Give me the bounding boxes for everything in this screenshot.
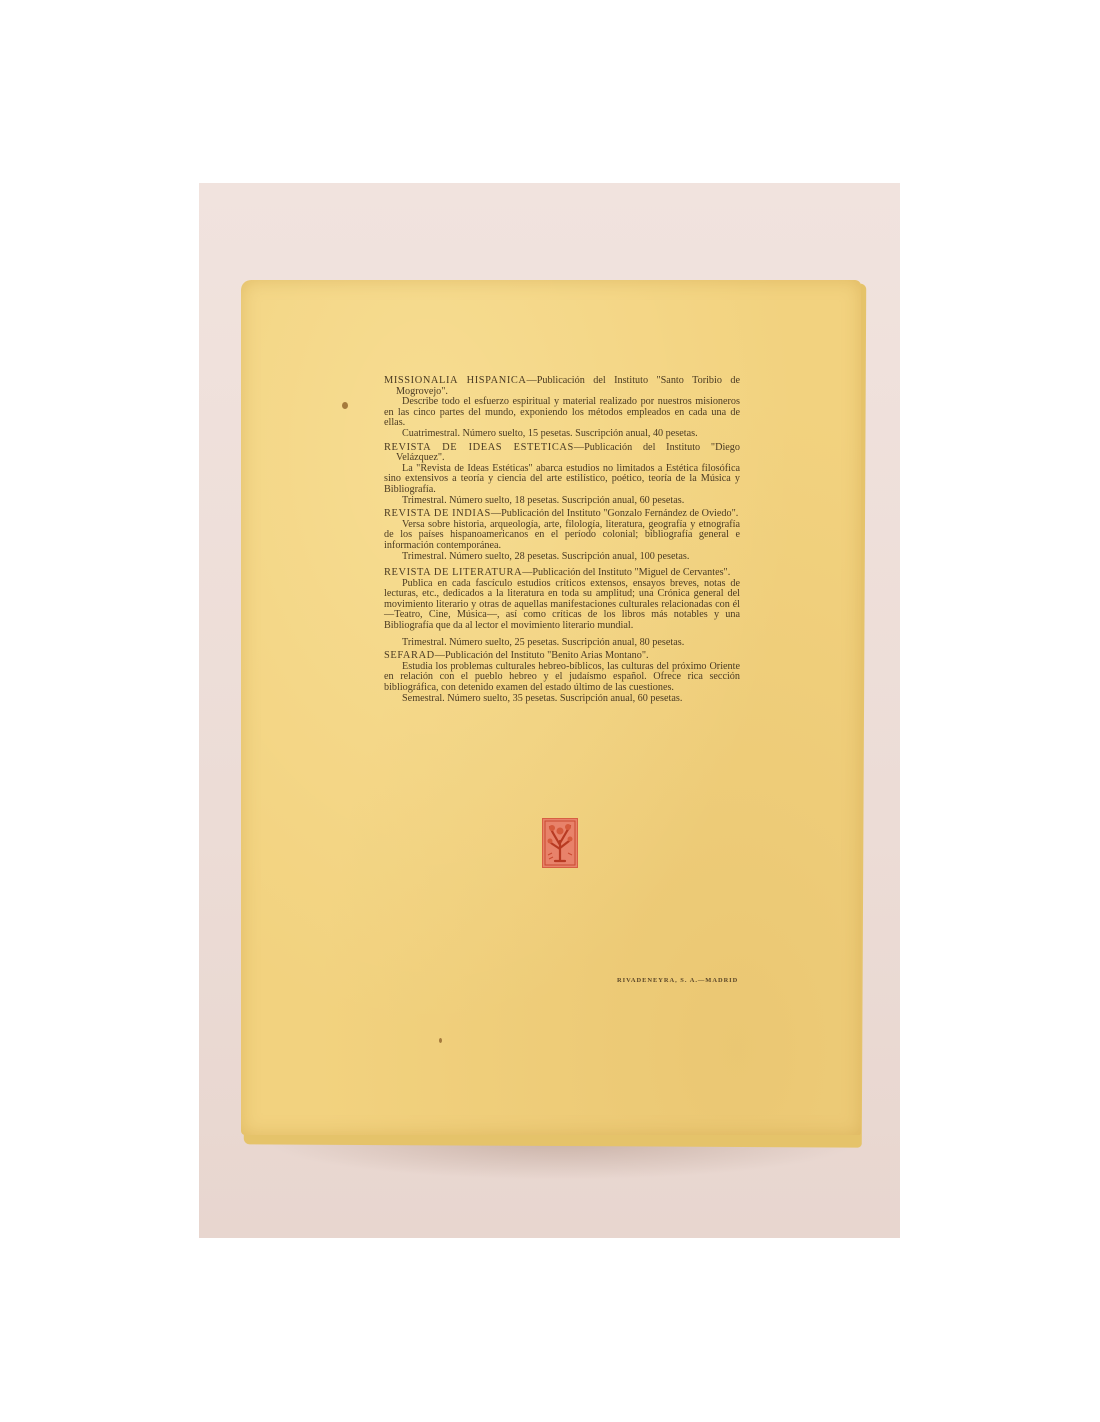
entry-revista-literatura: REVISTA DE LITERATURA—Publicación del In… <box>384 568 740 648</box>
entry-publisher: —Publicación del Instituto "Gonzalo Fern… <box>491 508 738 519</box>
entry-price: Trimestral. Número suelto, 25 pesetas. S… <box>384 638 740 649</box>
stain-spot <box>439 1038 442 1043</box>
entry-description: Versa sobre historia, arqueología, arte,… <box>384 520 740 552</box>
entry-price: Cuatrimestral. Número suelto, 15 pesetas… <box>384 429 740 440</box>
entry-price: Semestral. Número suelto, 35 pesetas. Su… <box>384 694 740 705</box>
entry-description: Describe todo el esfuerzo espiritual y m… <box>384 397 740 429</box>
tree-emblem-icon <box>542 818 578 868</box>
entry-description: La "Revista de Ideas Estéticas" abarca e… <box>384 464 740 496</box>
publications-list: MISSIONALIA HISPANICA—Publicación del In… <box>384 376 740 707</box>
stain-spot <box>342 402 348 409</box>
entry-price: Trimestral. Número suelto, 18 pesetas. S… <box>384 496 740 507</box>
entry-title: SEFARAD <box>384 650 435 661</box>
entry-sefarad: SEFARAD—Publicación del Instituto "Benit… <box>384 651 740 704</box>
entry-missionalia-hispanica: MISSIONALIA HISPANICA—Publicación del In… <box>384 376 740 440</box>
entry-title: MISSIONALIA HISPANICA <box>384 375 527 386</box>
entry-title: REVISTA DE LITERATURA <box>384 567 522 578</box>
entry-description: Estudia los problemas culturales hebreo-… <box>384 662 740 694</box>
entry-title: REVISTA DE INDIAS <box>384 508 491 519</box>
entry-revista-ideas-esteticas: REVISTA DE IDEAS ESTETICAS—Publicación d… <box>384 443 740 507</box>
entry-publisher: —Publicación del Instituto "Miguel de Ce… <box>522 567 730 578</box>
book-back-cover: MISSIONALIA HISPANICA—Publicación del In… <box>241 280 861 1135</box>
entry-title: REVISTA DE IDEAS ESTETICAS <box>384 442 574 453</box>
entry-description: Publica en cada fascículo estudios críti… <box>384 579 740 632</box>
entry-revista-indias: REVISTA DE INDIAS—Publicación del Instit… <box>384 509 740 562</box>
entry-price: Trimestral. Número suelto, 28 pesetas. S… <box>384 552 740 563</box>
printer-imprint: RIVADENEYRA, S. A.—MADRID <box>617 977 738 984</box>
entry-publisher: —Publicación del Instituto "Benito Arias… <box>435 650 649 661</box>
